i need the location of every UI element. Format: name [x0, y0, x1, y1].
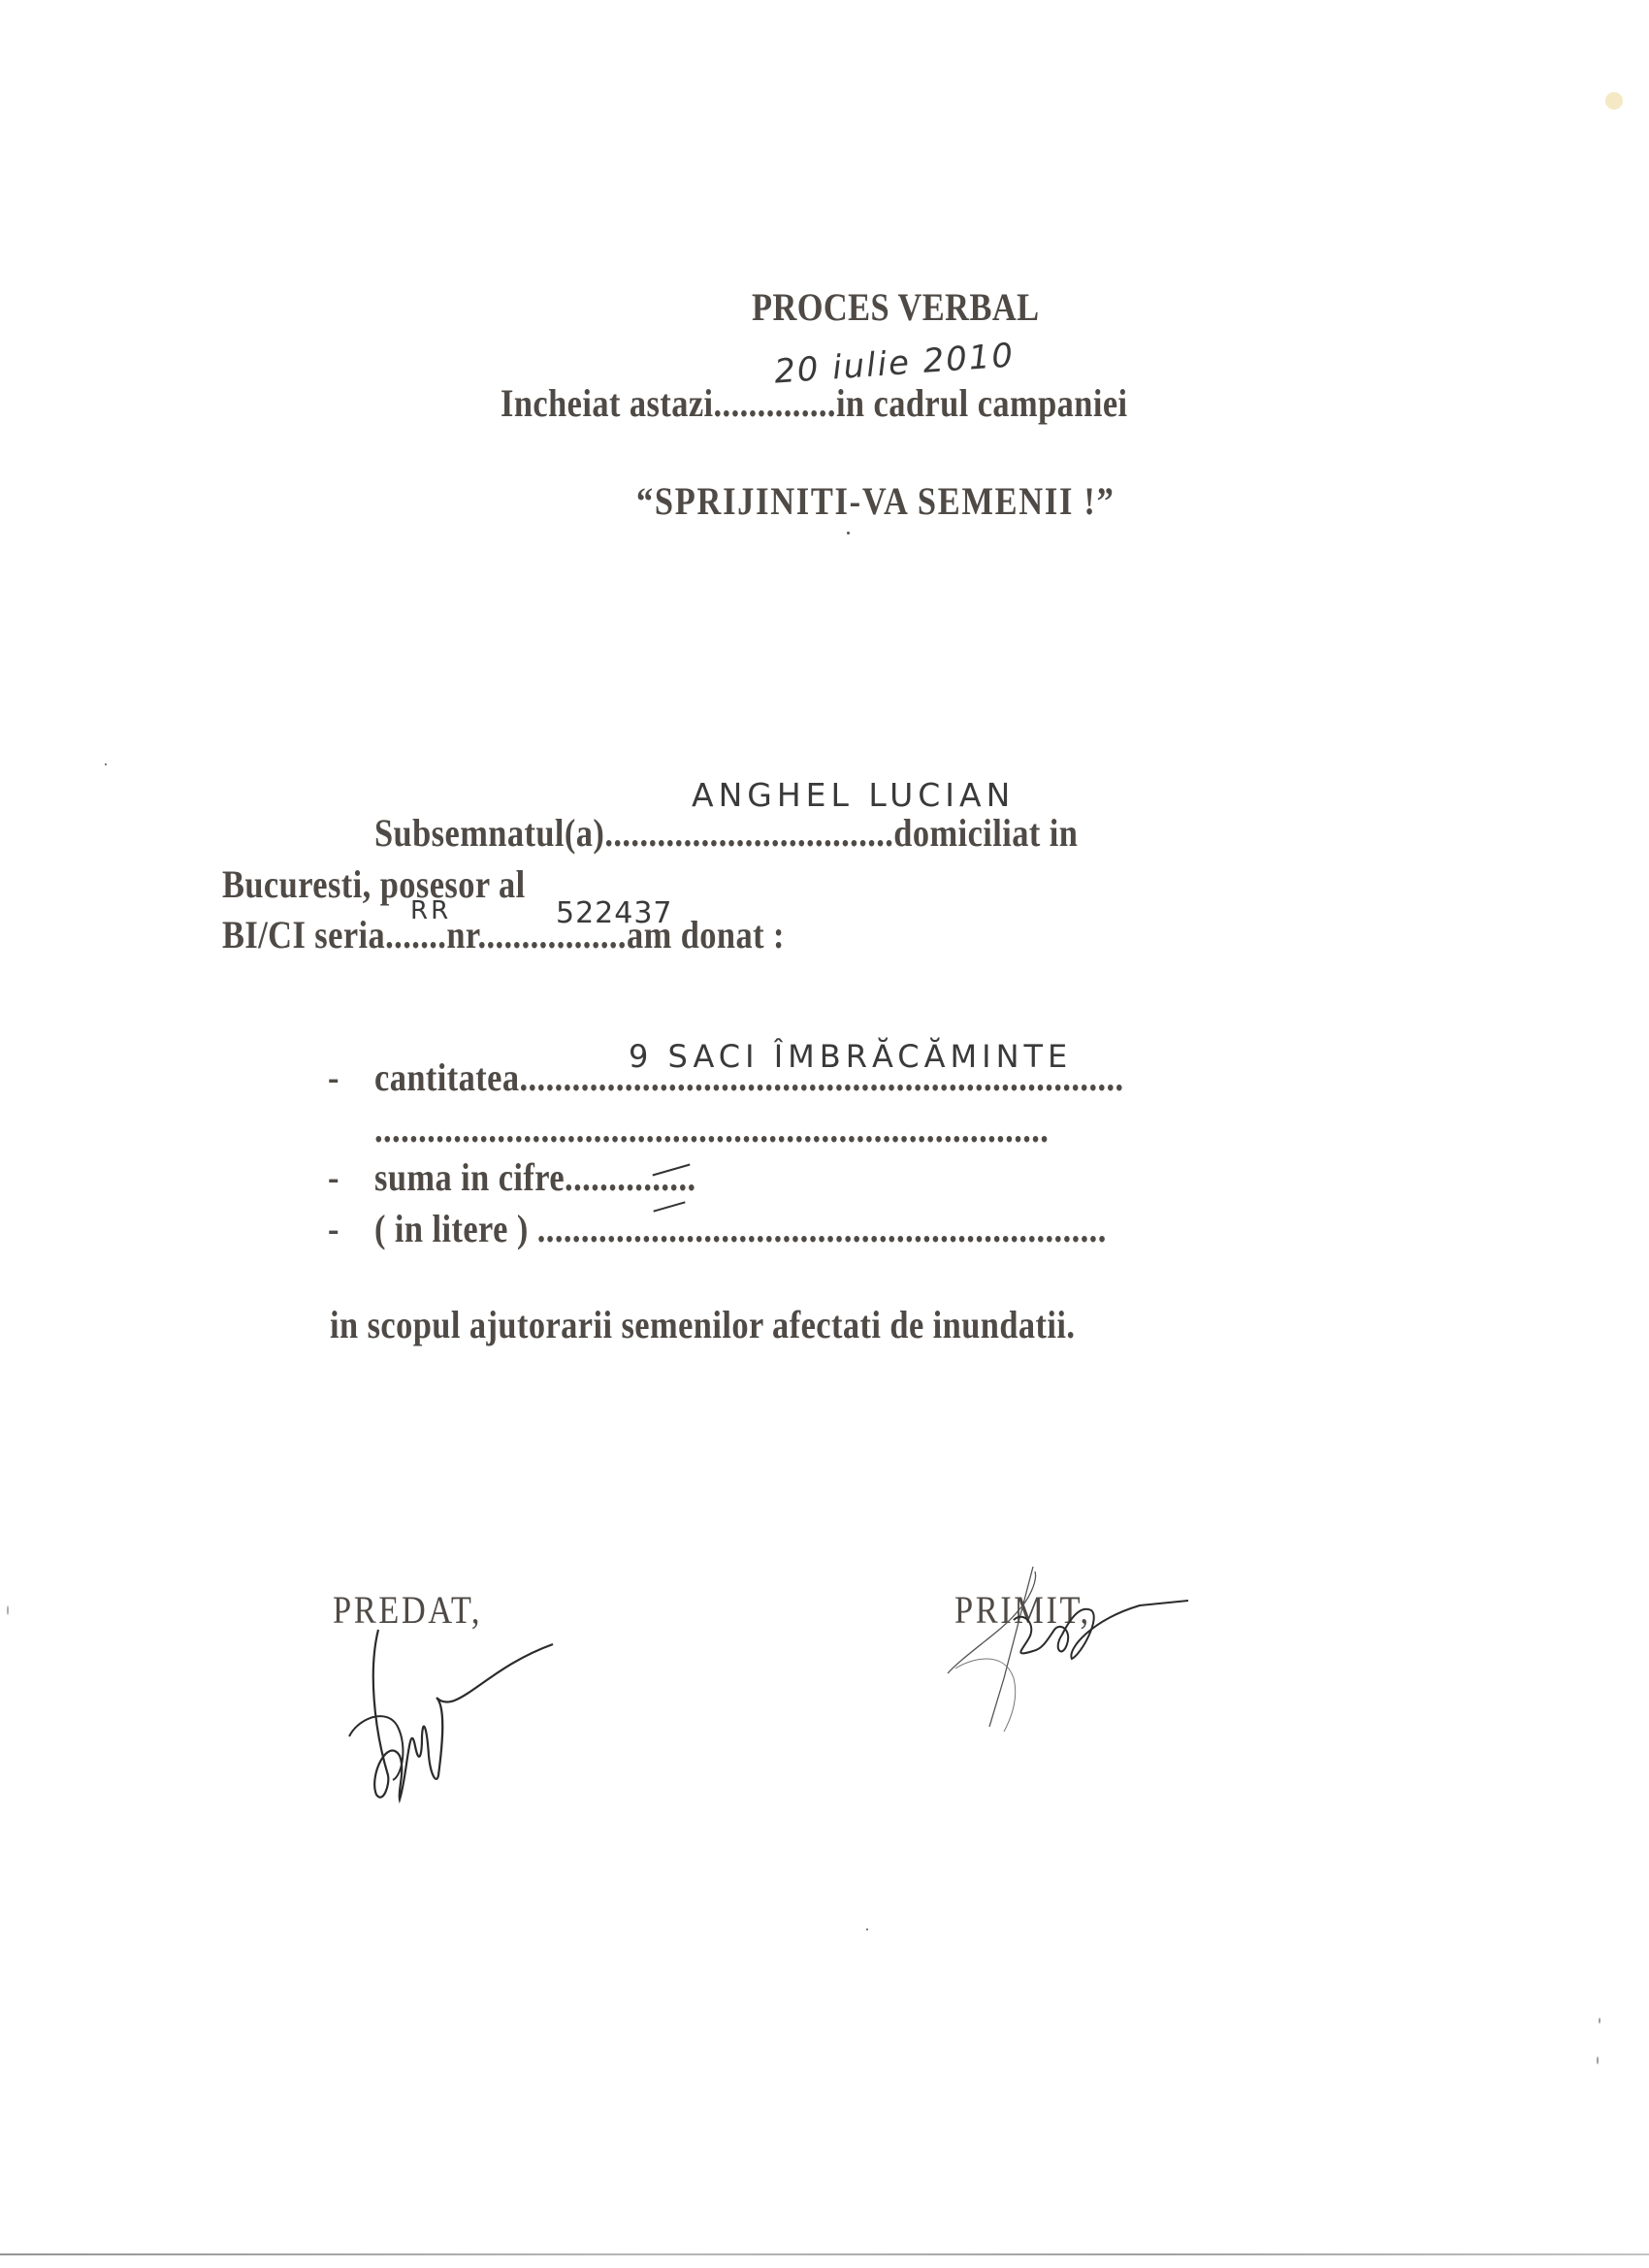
- signature-received-icon: [946, 1562, 1198, 1756]
- signature-handed-over-icon: [330, 1610, 582, 1814]
- id-series-label: BI/CI seria: [222, 913, 385, 956]
- scan-speck: [1597, 2057, 1599, 2064]
- date-line-dots: ..............: [714, 381, 836, 425]
- id-line: BI/CI seria.......nr.................am …: [222, 912, 785, 957]
- amount-words-label: ( in litere ): [374, 1207, 529, 1250]
- purpose-statement: in scopul ajutorarii semenilor afectati …: [330, 1302, 1075, 1347]
- amount-digits-line: suma in cifre...............: [374, 1154, 696, 1200]
- scan-speck: [866, 1928, 868, 1930]
- declarant-name-field[interactable]: .................................: [604, 811, 893, 855]
- domicile-label: domiciliat in: [893, 811, 1078, 855]
- declarant-line: Subsemnatul(a)..........................…: [374, 810, 1078, 856]
- id-number-label: nr: [446, 913, 477, 956]
- declarant-label: Subsemnatul(a): [374, 811, 604, 855]
- amount-digits-label: suma in cifre: [374, 1155, 565, 1199]
- date-line-suffix: in cadrul campaniei: [836, 381, 1128, 425]
- quantity-label: cantitatea: [374, 1055, 519, 1099]
- amount-digits-field[interactable]: ...............: [565, 1155, 695, 1199]
- scan-speck: [105, 763, 107, 765]
- donated-label: am donat :: [627, 913, 785, 956]
- campaign-slogan: “SPRIJINITI-VA SEMENII !”: [636, 478, 1115, 524]
- list-dash: -: [328, 1206, 339, 1251]
- scan-stain: [1605, 92, 1623, 110]
- list-dash: -: [328, 1154, 339, 1200]
- scan-bottom-edge: [0, 2253, 1649, 2255]
- list-dash: -: [328, 1054, 339, 1100]
- amount-words-field[interactable]: ........................................…: [537, 1207, 1107, 1250]
- date-line-prefix: Incheiat astazi: [501, 381, 714, 425]
- quantity-continuation-field[interactable]: ........................................…: [374, 1106, 1049, 1151]
- handwritten-name: ANGHEL LUCIAN: [692, 776, 1015, 814]
- id-series-field[interactable]: .......: [385, 913, 446, 956]
- scan-speck: [847, 532, 850, 535]
- amount-words-line: ( in litere ) ..........................…: [374, 1206, 1107, 1251]
- address-line: Bucuresti, posesor al: [222, 861, 526, 907]
- quantity-field[interactable]: ........................................…: [519, 1055, 1123, 1099]
- document-title: PROCES VERBAL: [752, 284, 1039, 330]
- scan-speck: [1599, 2018, 1600, 2024]
- scanned-document-page: PROCES VERBAL 20 iulie 2010 Incheiat ast…: [0, 0, 1649, 2268]
- date-line: Incheiat astazi..............in cadrul c…: [501, 380, 1128, 426]
- quantity-line: cantitatea..............................…: [374, 1054, 1124, 1100]
- id-number-field[interactable]: .................: [477, 913, 627, 956]
- scan-speck: [7, 1605, 9, 1615]
